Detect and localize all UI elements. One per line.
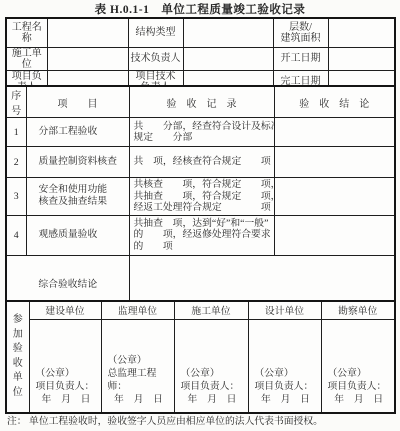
signature-cell-contractor: （公章） 项目负责人： 年 月 日	[174, 319, 248, 413]
signature-cell-design: （公章） 项目负责人： 年 月 日	[248, 319, 321, 413]
date-line: 年 月 日	[36, 393, 101, 406]
signature-row: （公章） 项目负责人： 年 月 日 （公章） 总监理工程师： 年 月 日 （公章…	[6, 319, 395, 413]
construction-unit-label: 施工单位	[6, 47, 47, 70]
info-row-2: 施工单位 技术负责人 开工日期	[6, 47, 395, 70]
seal-placeholder: （公章）	[181, 367, 248, 380]
org-header-construction-owner: 建设单位	[29, 301, 101, 319]
table-row: 4 观感质量验收 共抽查 项，达到“好”和“一般” 的 项，经返修处理符合要求 …	[6, 215, 395, 255]
start-date-value	[328, 47, 395, 70]
participants-side-label: 参加验收单位	[6, 301, 29, 413]
participants-header-row: 参加验收单位 建设单位 监理单位 施工单位 设计单位 勘察单位	[6, 301, 395, 319]
date-line: 年 月 日	[255, 393, 321, 406]
row3-no: 3	[6, 178, 26, 216]
acceptance-table: 序号 项 目 验 收 记 录 验 收 结 论 1 分部工程验收 共 分部，经查符…	[5, 85, 396, 312]
structure-type-value	[183, 18, 273, 47]
signer-label: 项目负责人：	[328, 380, 395, 393]
row4-record: 共抽查 项，达到“好”和“一般” 的 项，经返修处理符合要求 的 项	[129, 215, 274, 255]
org-header-contractor: 施工单位	[174, 301, 248, 319]
project-name-value	[47, 18, 128, 47]
signer-label: 项目负责人：	[255, 380, 321, 393]
row1-item: 分部工程验收	[26, 118, 129, 147]
signer-label: 项目负责人：	[181, 380, 248, 393]
seal-placeholder: （公章）	[36, 367, 101, 380]
date-line: 年 月 日	[181, 393, 248, 406]
project-info-table: 工程名称 结构类型 层数/建筑面积 施工单位 技术负责人 开工日期 项目负责人 …	[5, 17, 396, 95]
row2-item: 质量控制资料核查	[26, 147, 129, 178]
participants-table: 参加验收单位 建设单位 监理单位 施工单位 设计单位 勘察单位 （公章） 项目负…	[5, 300, 396, 414]
row4-no: 4	[6, 215, 26, 255]
date-line: 年 月 日	[108, 393, 174, 406]
floors-area-value	[328, 18, 395, 47]
signature-cell-supervision: （公章） 总监理工程师： 年 月 日	[101, 319, 174, 413]
col-header-record: 验 收 记 录	[129, 86, 274, 118]
row2-conclusion	[274, 147, 395, 178]
row1-conclusion	[274, 118, 395, 147]
org-header-design: 设计单位	[248, 301, 321, 319]
row1-no: 1	[6, 118, 26, 147]
row3-record: 共核查 项，符合规定 项， 共抽查 项，符合规定 项， 经返工处理符合规定 项	[129, 178, 274, 216]
table-row: 3 安全和使用功能 核查及抽查结果 共核查 项，符合规定 项， 共抽查 项，符合…	[6, 178, 395, 216]
seal-placeholder: （公章）	[108, 354, 174, 367]
scanned-form-page: { "page": { "title": "表 H.0.1-1 单位工程质量竣工…	[0, 0, 400, 431]
signature-cell-construction-owner: （公章） 项目负责人： 年 月 日	[29, 319, 101, 413]
row4-conclusion	[274, 215, 395, 255]
col-header-no: 序号	[6, 86, 26, 118]
form-title: 表 H.0.1-1 单位工程质量竣工验收记录	[0, 1, 400, 17]
technical-director-label: 技术负责人	[128, 47, 183, 70]
project-name-label: 工程名称	[6, 18, 47, 47]
structure-type-label: 结构类型	[128, 18, 183, 47]
date-line: 年 月 日	[328, 393, 395, 406]
col-header-item: 项 目	[26, 86, 129, 118]
row3-item: 安全和使用功能 核查及抽查结果	[26, 178, 129, 216]
acceptance-header-row: 序号 项 目 验 收 记 录 验 收 结 论	[6, 86, 395, 118]
footnote: 注： 单位工程验收时，验收签字人员应由相应单位的法人代表书面授权。	[7, 413, 323, 427]
org-header-supervision: 监理单位	[101, 301, 174, 319]
start-date-label: 开工日期	[273, 47, 328, 70]
floors-area-label: 层数/建筑面积	[273, 18, 328, 47]
row2-no: 2	[6, 147, 26, 178]
org-header-survey: 勘察单位	[321, 301, 395, 319]
seal-placeholder: （公章）	[255, 367, 321, 380]
signer-label: 总监理工程师：	[108, 367, 174, 393]
signature-cell-survey: （公章） 项目负责人： 年 月 日	[321, 319, 395, 413]
signer-label: 项目负责人：	[36, 380, 101, 393]
row4-item: 观感质量验收	[26, 215, 129, 255]
technical-director-value	[183, 47, 273, 70]
row1-record: 共 分部，经查符合设计及标准 规定 分部	[129, 118, 274, 147]
seal-placeholder: （公章）	[328, 367, 395, 380]
row3-conclusion	[274, 178, 395, 216]
table-row: 1 分部工程验收 共 分部，经查符合设计及标准 规定 分部	[6, 118, 395, 147]
info-row-1: 工程名称 结构类型 层数/建筑面积	[6, 18, 395, 47]
row2-record: 共 项，经核查符合规定 项	[129, 147, 274, 178]
table-row: 2 质量控制资料核查 共 项，经核查符合规定 项	[6, 147, 395, 178]
col-header-conclusion: 验 收 结 论	[274, 86, 395, 118]
construction-unit-value	[47, 47, 128, 70]
